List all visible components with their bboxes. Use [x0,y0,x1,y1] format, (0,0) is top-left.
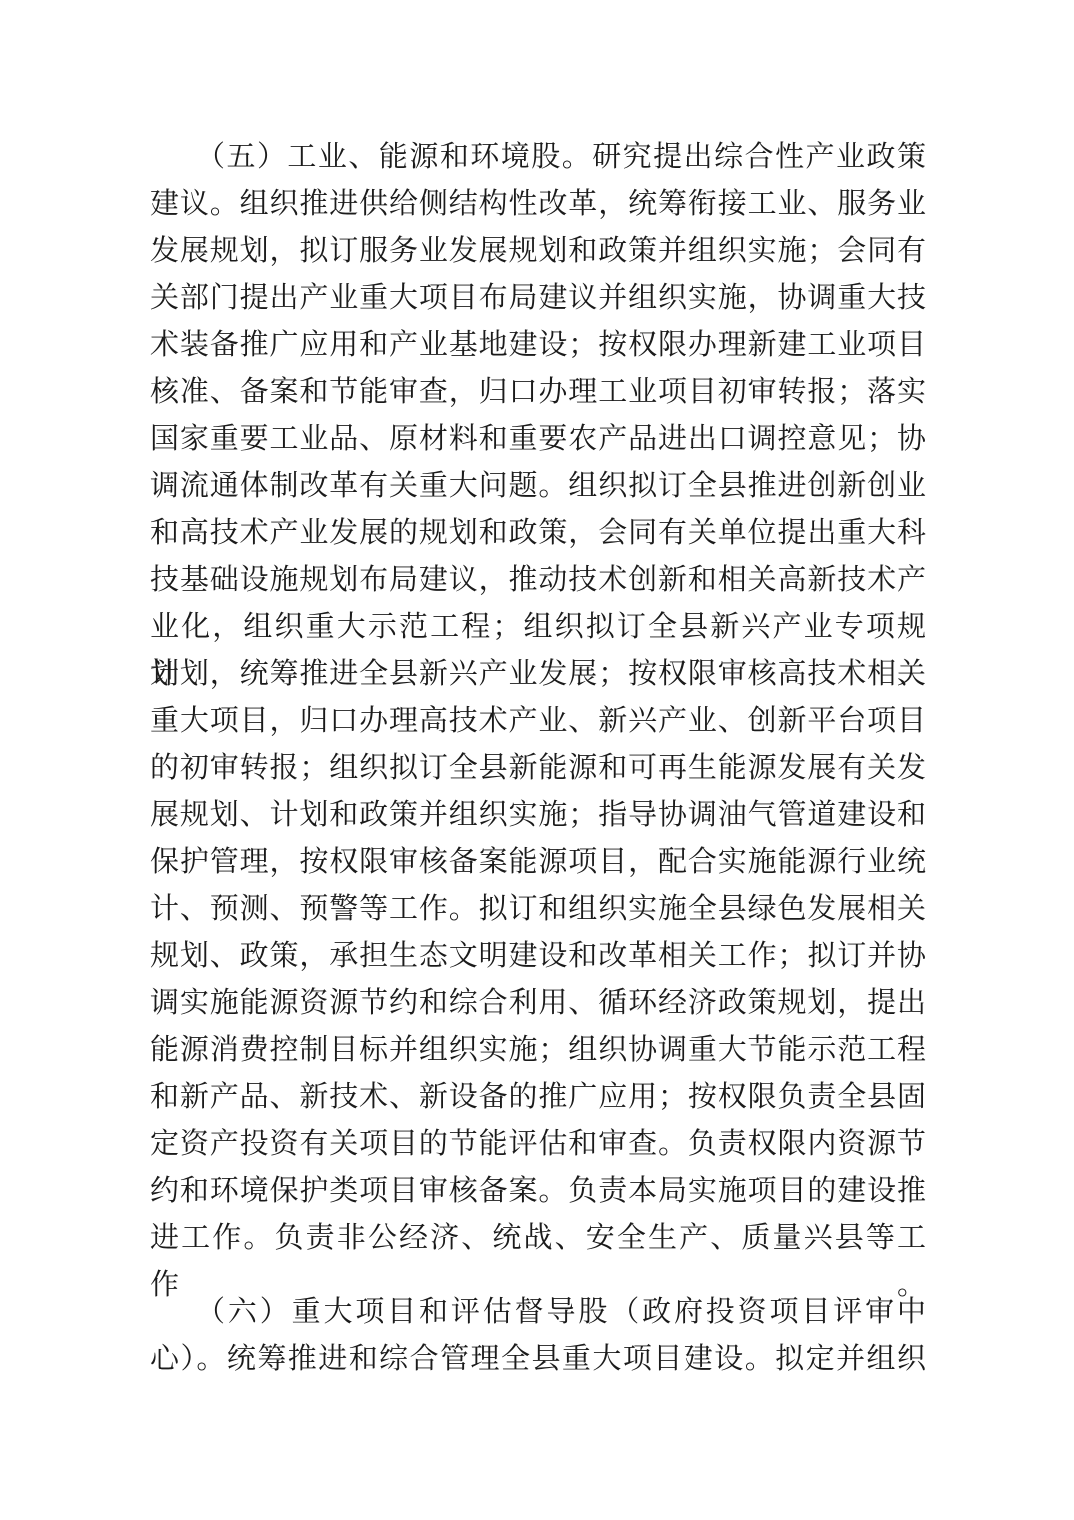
text-line: 发展规划，拟订服务业发展规划和政策并组织实施；会同有 [150,228,926,275]
text-line: 调流通体制改革有关重大问题。组织拟订全县推进创新创业 [150,463,926,510]
text-line: （五）工业、能源和环境股。研究提出综合性产业政策 [150,134,926,181]
text-line: 能源消费控制目标并组织实施；组织协调重大节能示范工程 [150,1027,926,1074]
text-line: 重大项目，归口办理高技术产业、新兴产业、创新平台项目 [150,698,926,745]
paragraph-section-5: （五）工业、能源和环境股。研究提出综合性产业政策建议。组织推进供给侧结构性改革，… [150,134,926,1262]
text-line: 保护管理，按权限审核备案能源项目，配合实施能源行业统 [150,839,926,886]
text-line: 技基础设施规划布局建议，推动技术创新和相关高新技术产 [150,557,926,604]
text-line: 国家重要工业品、原材料和重要农产品进出口调控意见；协 [150,416,926,463]
text-line: 术装备推广应用和产业基地建设；按权限办理新建工业项目 [150,322,926,369]
text-line: 计、预测、预警等工作。拟订和组织实施全县绿色发展相关 [150,886,926,933]
text-line: 心）。统筹推进和综合管理全县重大项目建设。拟定并组织 [150,1336,926,1383]
text-line: 建议。组织推进供给侧结构性改革，统筹衔接工业、服务业 [150,181,926,228]
text-line: 定资产投资有关项目的节能评估和审查。负责权限内资源节 [150,1121,926,1168]
text-line: 和高技术产业发展的规划和政策，会同有关单位提出重大科 [150,510,926,557]
document-text-block: （五）工业、能源和环境股。研究提出综合性产业政策建议。组织推进供给侧结构性改革，… [150,134,926,1383]
text-line: 展规划、计划和政策并组织实施；指导协调油气管道建设和 [150,792,926,839]
text-line: 进工作。负责非公经济、统战、安全生产、质量兴县等工作。 [150,1215,926,1262]
text-line: 计划，统筹推进全县新兴产业发展；按权限审核高技术相关 [150,651,926,698]
text-line: 和新产品、新技术、新设备的推广应用；按权限负责全县固 [150,1074,926,1121]
text-line: 的初审转报；组织拟订全县新能源和可再生能源发展有关发 [150,745,926,792]
text-line: 关部门提出产业重大项目布局建议并组织实施，协调重大技 [150,275,926,322]
document-page: （五）工业、能源和环境股。研究提出综合性产业政策建议。组织推进供给侧结构性改革，… [0,0,1074,1520]
text-line: 业化，组织重大示范工程；组织拟订全县新兴产业专项规划、 [150,604,926,651]
text-line: （六）重大项目和评估督导股（政府投资项目评审中 [150,1289,926,1336]
text-line: 核准、备案和节能审查，归口办理工业项目初审转报；落实 [150,369,926,416]
text-line: 约和环境保护类项目审核备案。负责本局实施项目的建设推 [150,1168,926,1215]
text-line: 调实施能源资源节约和综合利用、循环经济政策规划，提出 [150,980,926,1027]
paragraph-section-6: （六）重大项目和评估督导股（政府投资项目评审中心）。统筹推进和综合管理全县重大项… [150,1289,926,1383]
text-line: 规划、政策，承担生态文明建设和改革相关工作；拟订并协 [150,933,926,980]
